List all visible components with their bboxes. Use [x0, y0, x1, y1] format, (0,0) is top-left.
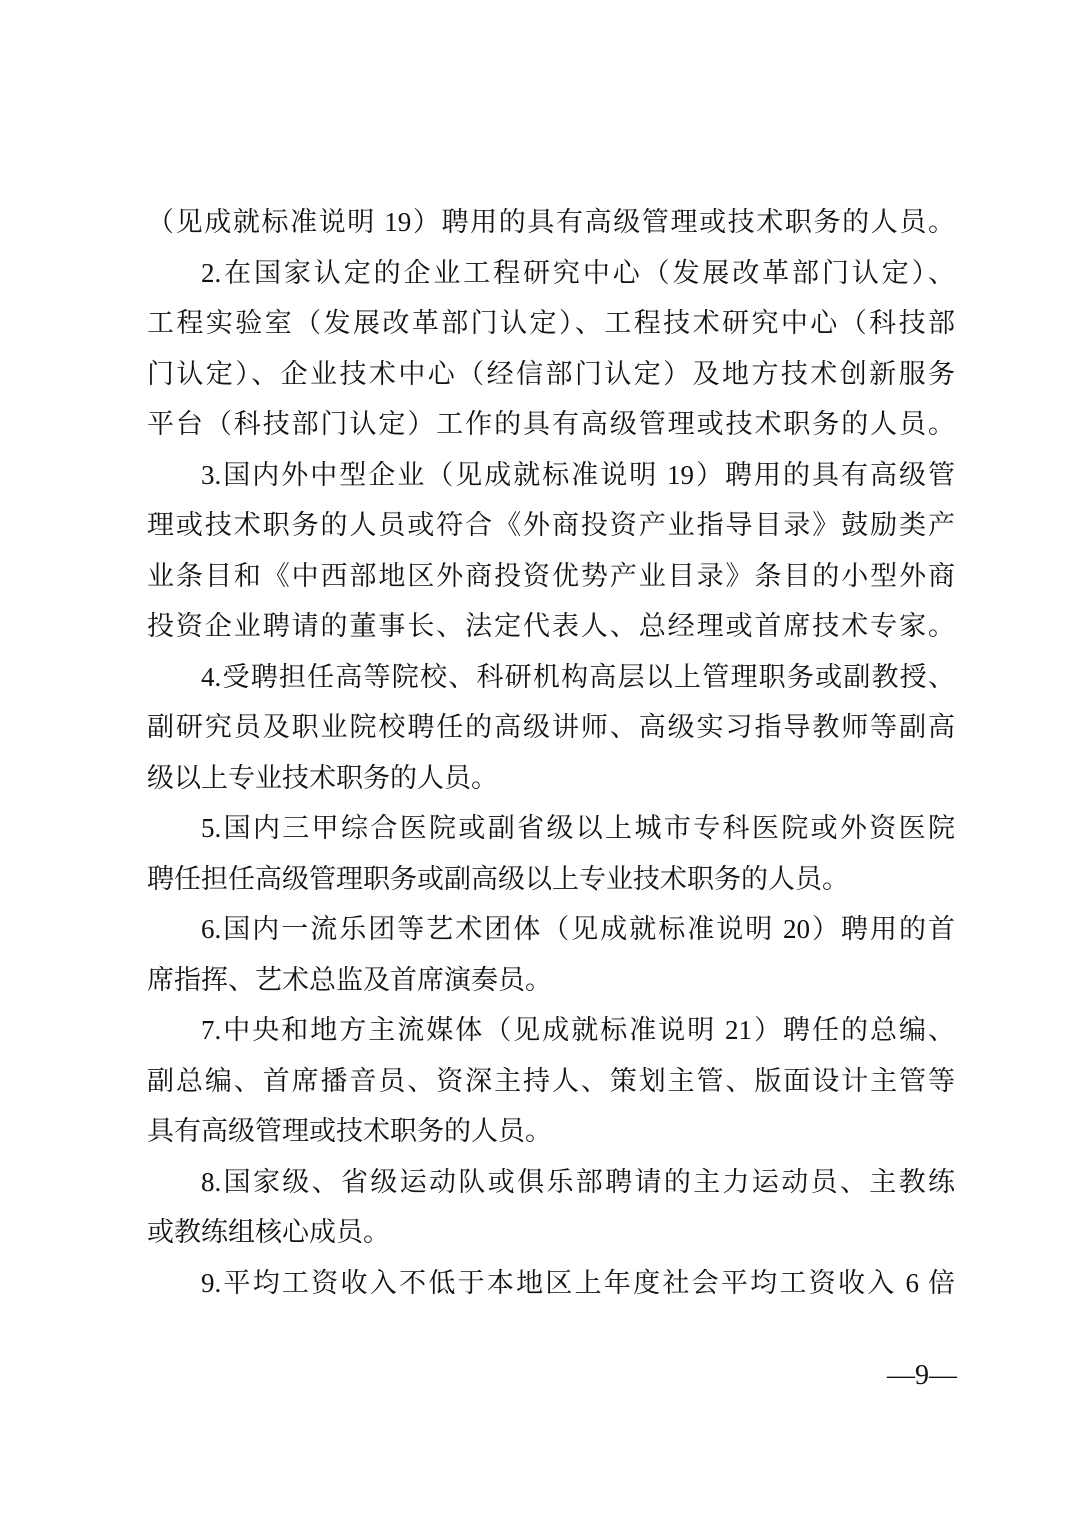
text-line: 副研究员及职业院校聘任的高级讲师、高级实习指导教师等副高 [147, 702, 955, 753]
text-line: 3.国内外中型企业（见成就标准说明 19）聘用的具有高级管 [147, 450, 955, 501]
text-line: 工程实验室（发展改革部门认定）、工程技术研究中心（科技部 [147, 298, 955, 349]
text-line: 8.国家级、省级运动队或俱乐部聘请的主力运动员、主教练 [147, 1157, 955, 1208]
text-line: （见成就标准说明 19）聘用的具有高级管理或技术职务的人员。 [147, 197, 955, 248]
text-line: 9.平均工资收入不低于本地区上年度社会平均工资收入 6 倍 [147, 1258, 955, 1309]
text-line: 或教练组核心成员。 [147, 1207, 955, 1258]
text-line: 业条目和《中西部地区外商投资优势产业目录》条目的小型外商 [147, 551, 955, 602]
text-line: 级以上专业技术职务的人员。 [147, 753, 955, 804]
document-page: （见成就标准说明 19）聘用的具有高级管理或技术职务的人员。 2.在国家认定的企… [0, 0, 1074, 1520]
text-line: 5.国内三甲综合医院或副省级以上城市专科医院或外资医院 [147, 803, 955, 854]
text-line: 门认定）、企业技术中心（经信部门认定）及地方技术创新服务 [147, 349, 955, 400]
page-number: —9— [887, 1360, 957, 1392]
text-line: 平台（科技部门认定）工作的具有高级管理或技术职务的人员。 [147, 399, 955, 450]
text-line: 具有高级管理或技术职务的人员。 [147, 1106, 955, 1157]
text-line: 6.国内一流乐团等艺术团体（见成就标准说明 20）聘用的首 [147, 904, 955, 955]
text-line: 4.受聘担任高等院校、科研机构高层以上管理职务或副教授、 [147, 652, 955, 703]
text-line: 聘任担任高级管理职务或副高级以上专业技术职务的人员。 [147, 854, 955, 905]
text-line: 7.中央和地方主流媒体（见成就标准说明 21）聘任的总编、 [147, 1005, 955, 1056]
text-line: 投资企业聘请的董事长、法定代表人、总经理或首席技术专家。 [147, 601, 955, 652]
text-line: 副总编、首席播音员、资深主持人、策划主管、版面设计主管等 [147, 1056, 955, 1107]
text-line: 理或技术职务的人员或符合《外商投资产业指导目录》鼓励类产 [147, 500, 955, 551]
text-line: 2.在国家认定的企业工程研究中心（发展改革部门认定）、 [147, 248, 955, 299]
body-text: （见成就标准说明 19）聘用的具有高级管理或技术职务的人员。 2.在国家认定的企… [147, 197, 955, 1308]
text-line: 席指挥、艺术总监及首席演奏员。 [147, 955, 955, 1006]
